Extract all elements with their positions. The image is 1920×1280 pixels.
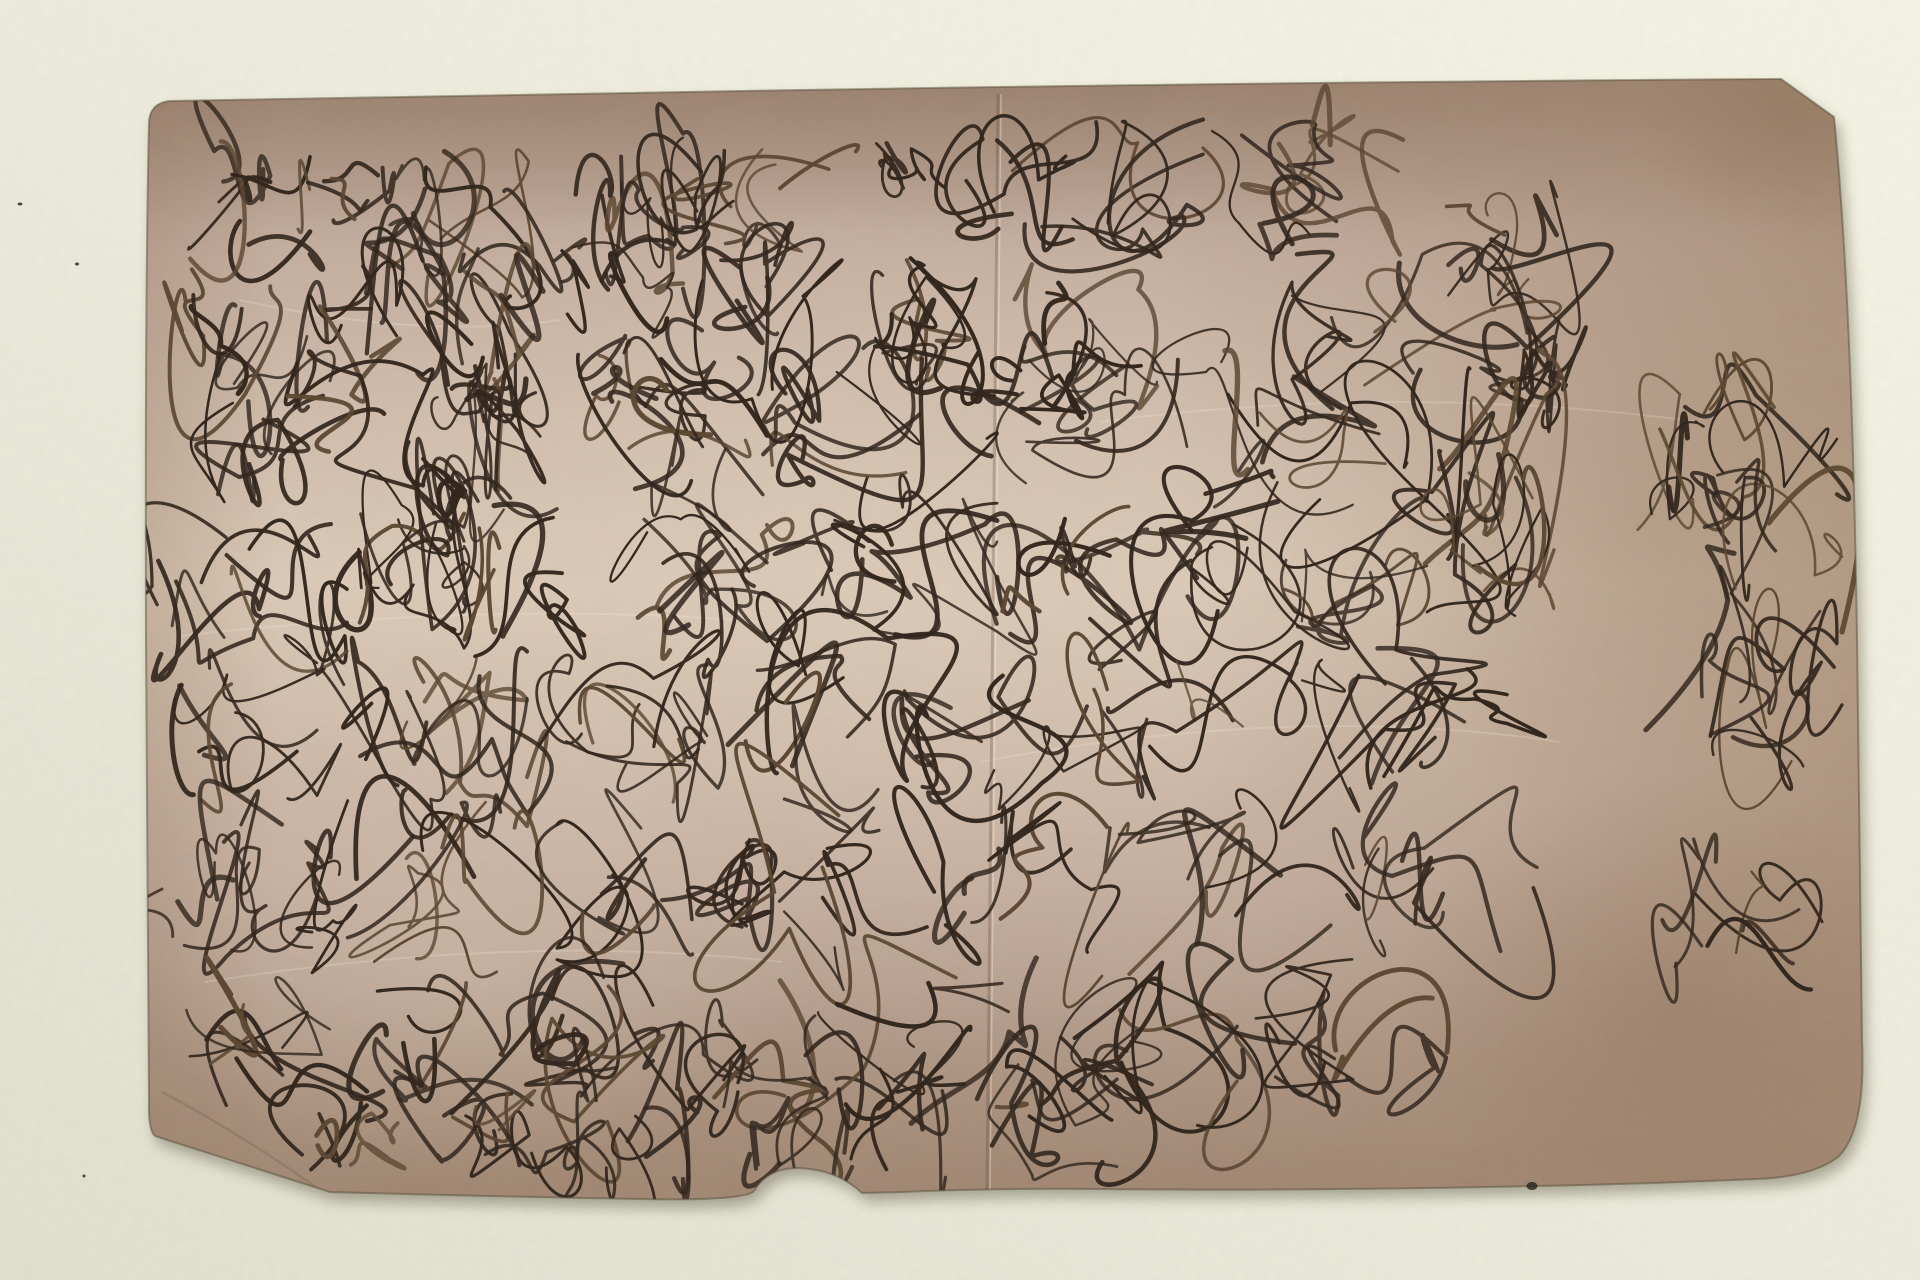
debris-speck	[83, 1175, 86, 1178]
debris-speck	[18, 203, 23, 206]
debris-speck	[1527, 1182, 1538, 1190]
paper-sheet	[123, 0, 1920, 1250]
photo-of-handwritten-letter	[0, 0, 1920, 1280]
debris-speck	[75, 263, 79, 266]
photo-canvas	[0, 0, 1920, 1280]
paper-detail-layer	[123, 0, 1920, 1250]
